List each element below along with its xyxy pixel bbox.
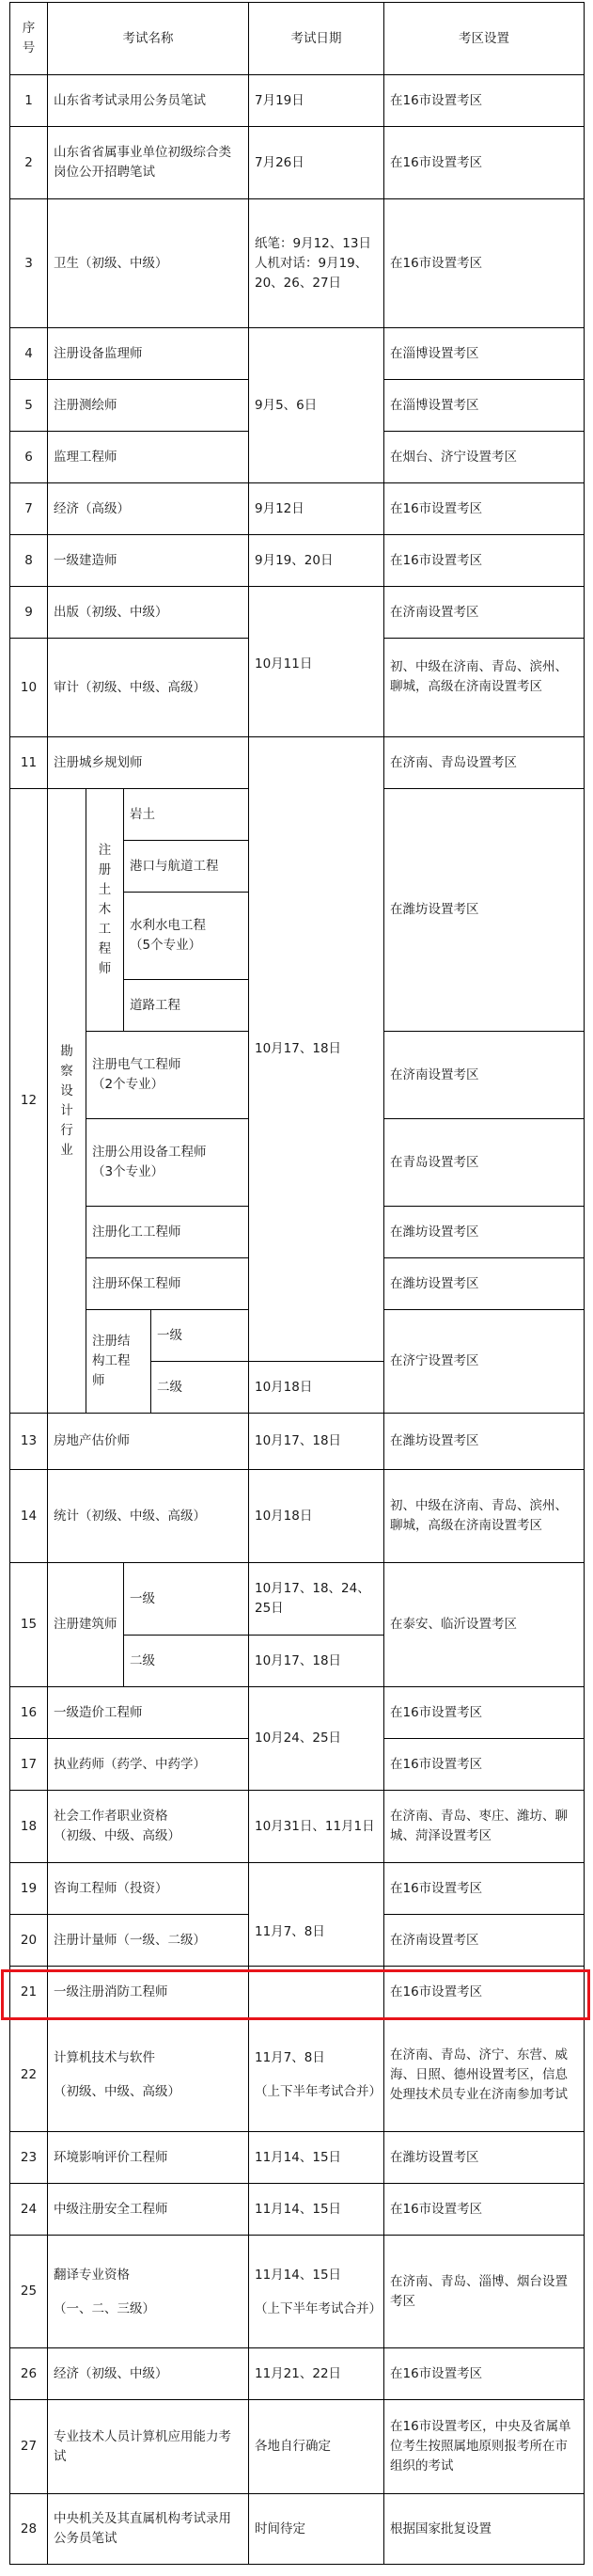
name-text: 咨询工程师（投资） [54,1879,168,1899]
site-text: 在16市设置考区 [390,499,482,519]
site-text: 在潍坊设置考区 [390,1223,479,1242]
structural-level1: 一级 [150,1309,249,1362]
name-text: 房地产估价师 [54,1431,130,1451]
row-15-name: 注册建筑师 [47,1562,124,1687]
name-text: 环境影响评价工程师 [54,2148,168,2168]
date-text: 10月11日 [255,655,312,674]
header-seq: 序 号 [9,2,48,75]
site-text: 在青岛设置考区 [390,1153,479,1173]
seq-text: 12 [21,1091,37,1111]
name-text: 社会工作者职业资格 （初级、中级、高级） [54,1807,180,1846]
row-11-site: 在济南、青岛设置考区 [383,736,585,789]
name-text: 中央机关及其直属机构考试录用公务员笔试 [54,2509,242,2549]
site-text: 在潍坊设置考区 [390,1274,479,1294]
header-site-label: 考区设置 [459,29,509,49]
date-text: 7月19日 [255,91,304,111]
row-2-site: 在16市设置考区 [383,126,585,199]
structural-level2: 二级 [150,1361,249,1414]
row-28-site: 根据国家批复设置 [383,2493,585,2565]
seq-text: 8 [24,551,33,571]
seq-text: 9 [24,603,33,623]
row-16-seq: 16 [9,1686,48,1739]
row-4-site: 在淄博设置考区 [383,327,585,380]
date-text: 11月7、8日 [255,1922,325,1942]
item-text: 岩土 [130,805,155,825]
level-text: 一级 [130,1589,155,1609]
name-text: 注册计量师（一级、二级） [54,1931,206,1951]
name-text: 注册建筑师 [54,1615,117,1635]
level-text: 二级 [130,1651,155,1671]
site-text: 初、中级在济南、青岛、滨州、聊城，高级在济南设置考区 [390,1496,578,1536]
row-21-name: 一级注册消防工程师 [47,1966,249,2018]
row-10-name: 审计（初级、中级、高级） [47,638,249,737]
row-17-seq: 17 [9,1738,48,1791]
name-text: 注册环保工程师 [92,1274,181,1294]
seq-text: 6 [24,448,33,467]
seq-text: 20 [21,1931,37,1951]
site-text: 在济南、青岛设置考区 [390,753,517,773]
row-8-site: 在16市设置考区 [383,534,585,587]
name-text: 山东省考试录用公务员笔试 [54,91,206,111]
seq-text: 17 [21,1755,37,1775]
row-21-site: 在16市设置考区 [383,1966,585,2018]
site-text: 在济南、青岛、枣庄、潍坊、聊城、菏泽设置考区 [390,1807,578,1846]
row-9-seq: 9 [9,586,48,639]
row-27-seq: 27 [9,2399,48,2494]
name-text: 专业技术人员计算机应用能力考试 [54,2427,242,2467]
date-text: 11月14、15日 （上下半年考试合并） [255,2267,378,2317]
site-text: 根据国家批复设置 [390,2520,492,2539]
date-text: 9月5、6日 [255,396,317,416]
name-text: 注册设备监理师 [54,344,143,364]
row-15-level2-date: 10月17、18日 [248,1635,384,1687]
site-text: 在16市设置考区 [390,1703,482,1723]
utility-name: 注册公用设备工程师 （3个专业） [86,1118,249,1207]
row-25-site: 在济南、青岛、淄博、烟台设置考区 [383,2235,585,2348]
row-25-name: 翻译专业资格 （一、二、三级） [47,2235,249,2348]
chemical-site: 在潍坊设置考区 [383,1206,585,1258]
structural-label-text: 注册结构工程师 [92,1332,135,1391]
seq-text: 22 [21,2065,37,2085]
seq-text: 14 [21,1507,37,1526]
exam-schedule-table: 序 号 考试名称 考试日期 考区设置 1 山东省考试录用公务员笔试 7月19日 … [0,0,593,2576]
site-text: 在淄博设置考区 [390,344,479,364]
row-7-date: 9月12日 [248,482,384,535]
row-1-date: 7月19日 [248,74,384,127]
row-2-name: 山东省省属事业单位初级综合类岗位公开招聘笔试 [47,126,249,199]
header-site: 考区设置 [383,2,585,75]
date-text: 11月21、22日 [255,2364,341,2384]
structural-level2-date: 10月18日 [248,1361,384,1414]
site-text: 在济南设置考区 [390,603,479,623]
civil-label-text: 注册土木工程师 [99,841,112,979]
row-4-seq: 4 [9,327,48,380]
name-text: 一级造价工程师 [54,1703,143,1723]
row-1-site: 在16市设置考区 [383,74,585,127]
seq-text: 5 [24,396,33,416]
environmental-site: 在潍坊设置考区 [383,1257,585,1310]
row-18-site: 在济南、青岛、枣庄、潍坊、聊城、菏泽设置考区 [383,1790,585,1863]
civil-engineer-label: 注册土木工程师 [86,788,124,1032]
row-7-site: 在16市设置考区 [383,482,585,535]
seq-text: 13 [21,1431,37,1451]
row-27-site: 在16市设置考区，中央及省属单位考生按照属地原则报考所在市组织的考试 [383,2399,585,2494]
site-text: 在济南、青岛、淄博、烟台设置考区 [390,2272,578,2312]
row-3-date: 纸笔：9月12、13日 人机对话：9月19、20、26、27日 [248,198,384,328]
rows-9-10-date: 10月11日 [248,586,384,737]
row-24-name: 中级注册安全工程师 [47,2183,249,2236]
row-1-seq: 1 [9,74,48,127]
site-text: 初、中级在济南、青岛、滨州、聊城，高级在济南设置考区 [390,657,578,697]
row-24-seq: 24 [9,2183,48,2236]
row-16-site: 在16市设置考区 [383,1686,585,1739]
name-text: 经济（高级） [54,499,130,519]
row-6-seq: 6 [9,431,48,483]
site-text: 在16市设置考区，中央及省属单位考生按照属地原则报考所在市组织的考试 [390,2417,578,2476]
date-text: 11月14、15日 [255,2148,341,2168]
name-text: 监理工程师 [54,448,117,467]
row-23-date: 11月14、15日 [248,2131,384,2184]
row-14-site: 初、中级在济南、青岛、滨州、聊城，高级在济南设置考区 [383,1469,585,1563]
row-26-seq: 26 [9,2347,48,2400]
item-text: 水利水电工程 （5个专业） [130,916,206,956]
structural-site: 在济宁设置考区 [383,1309,585,1414]
row-24-date: 11月14、15日 [248,2183,384,2236]
row-15-site: 在泰安、临沂设置考区 [383,1562,585,1687]
name-text: 中级注册安全工程师 [54,2200,168,2220]
row-18-date: 10月31日、11月1日 [248,1790,384,1863]
row-10-seq: 10 [9,638,48,737]
seq-text: 18 [21,1817,37,1837]
row-12-seq: 12 [9,788,48,1414]
site-text: 在16市设置考区 [390,1755,482,1775]
name-text: 注册化工工程师 [92,1223,181,1242]
row-11-name: 注册城乡规划师 [47,736,249,789]
date-text: 11月14、15日 [255,2200,341,2220]
row-20-site: 在济南设置考区 [383,1914,585,1967]
site-text: 在潍坊设置考区 [390,900,479,920]
seq-text: 11 [21,753,37,773]
seq-text: 10 [21,678,37,698]
row-13-name: 房地产估价师 [47,1413,249,1470]
row-11-seq: 11 [9,736,48,789]
row-6-site: 在烟台、济宁设置考区 [383,431,585,483]
row-16-name: 一级造价工程师 [47,1686,249,1739]
seq-text: 16 [21,1703,37,1723]
row-20-name: 注册计量师（一级、二级） [47,1914,249,1967]
row-26-site: 在16市设置考区 [383,2347,585,2400]
row-23-name: 环境影响评价工程师 [47,2131,249,2184]
structural-label: 注册结构工程师 [86,1309,151,1414]
utility-site: 在青岛设置考区 [383,1118,585,1207]
seq-text: 23 [21,2148,37,2168]
site-text: 在16市设置考区 [390,2364,482,2384]
row-26-name: 经济（初级、中级） [47,2347,249,2400]
row-25-seq: 25 [9,2235,48,2348]
seq-text: 4 [24,344,33,364]
site-text: 在16市设置考区 [390,254,482,274]
row-14-date: 10月18日 [248,1469,384,1563]
date-text: 各地自行确定 [255,2437,331,2457]
chemical-name: 注册化工工程师 [86,1206,249,1258]
site-text: 在16市设置考区 [390,153,482,173]
date-text: 7月26日 [255,153,304,173]
row-8-seq: 8 [9,534,48,587]
row-2-seq: 2 [9,126,48,199]
name-text: 一级建造师 [54,551,117,571]
row-19-name: 咨询工程师（投资） [47,1862,249,1915]
row-24-site: 在16市设置考区 [383,2183,585,2236]
row-27-name: 专业技术人员计算机应用能力考试 [47,2399,249,2494]
environmental-name: 注册环保工程师 [86,1257,249,1310]
header-date-label: 考试日期 [291,29,342,49]
civil-item-hydro: 水利水电工程 （5个专业） [123,892,249,980]
row-5-name: 注册测绘师 [47,379,249,432]
row-3-seq: 3 [9,198,48,328]
date-text: 10月24、25日 [255,1729,341,1748]
row-23-site: 在潍坊设置考区 [383,2131,585,2184]
row-6-name: 监理工程师 [47,431,249,483]
site-text: 在16市设置考区 [390,551,482,571]
row-22-date: 11月7、8日 （上下半年考试合并） [248,2017,384,2132]
row-7-name: 经济（高级） [47,482,249,535]
row-18-name: 社会工作者职业资格 （初级、中级、高级） [47,1790,249,1863]
row-3-name: 卫生（初级、中级） [47,198,249,328]
row-18-seq: 18 [9,1790,48,1863]
seq-text: 15 [21,1615,37,1635]
rows-19-21-date: 11月7、8日 [248,1862,384,1967]
seq-text: 27 [21,2437,37,2457]
row-14-seq: 14 [9,1469,48,1563]
seq-text: 7 [24,499,33,519]
row-13-date: 10月17、18日 [248,1413,384,1470]
date-text: 10月17、18日 [255,1039,341,1059]
row-15-seq: 15 [9,1562,48,1687]
name-text: 执业药师（药学、中药学） [54,1755,206,1775]
site-text: 在济南、青岛、济宁、东营、威海、日照、德州设置考区，信息处理技术员专业在济南参加… [390,2046,578,2105]
site-text: 在16市设置考区 [390,91,482,111]
row-28-seq: 28 [9,2493,48,2565]
name-text: 经济（初级、中级） [54,2364,168,2384]
seq-text: 3 [24,254,33,274]
row-19-site: 在16市设置考区 [383,1862,585,1915]
seq-text: 21 [21,1983,37,2002]
row-8-name: 一级建造师 [47,534,249,587]
seq-text: 2 [24,153,33,173]
site-text: 在16市设置考区 [390,1983,482,2002]
row-8-date: 9月19、20日 [248,534,384,587]
seq-text: 25 [21,2282,37,2301]
row-17-name: 执业药师（药学、中药学） [47,1738,249,1791]
row-15-level1: 一级 [123,1562,249,1636]
date-text: 10月17、18日 [255,1651,341,1671]
seq-text: 24 [21,2200,37,2220]
rows-4-6-date: 9月5、6日 [248,327,384,483]
date-text: 10月17、18日 [255,1431,341,1451]
row-3-site: 在16市设置考区 [383,198,585,328]
row-12-category: 勘察设计行业 [47,788,86,1414]
row-25-date: 11月14、15日 （上下半年考试合并） [248,2235,384,2348]
seq-text: 1 [24,91,33,111]
row-28-name: 中央机关及其直属机构考试录用公务员笔试 [47,2493,249,2565]
rows-16-17-date: 10月24、25日 [248,1686,384,1791]
row-22-seq: 22 [9,2017,48,2132]
row-20-seq: 20 [9,1914,48,1967]
site-text: 在淄博设置考区 [390,396,479,416]
date-text: 10月18日 [255,1507,312,1526]
civil-item-road: 道路工程 [123,979,249,1032]
name-text: 山东省省属事业单位初级综合类岗位公开招聘笔试 [54,143,242,182]
seq-text: 19 [21,1879,37,1899]
name-text: 一级注册消防工程师 [54,1983,168,2002]
civil-site: 在潍坊设置考区 [383,788,585,1032]
name-text: 计算机技术与软件 （初级、中级、高级） [54,2049,180,2100]
level-text: 一级 [157,1326,182,1346]
row-22-name: 计算机技术与软件 （初级、中级、高级） [47,2017,249,2132]
site-text: 在16市设置考区 [390,2200,482,2220]
header-name: 考试名称 [47,2,249,75]
header-name-label: 考试名称 [123,29,174,49]
item-text: 道路工程 [130,996,180,1016]
row-13-seq: 13 [9,1413,48,1470]
rows-11-12-date: 10月17、18日 [248,736,384,1362]
name-text: 统计（初级、中级、高级） [54,1507,206,1526]
row-7-seq: 7 [9,482,48,535]
row-1-name: 山东省考试录用公务员笔试 [47,74,249,127]
date-text: 时间待定 [255,2520,305,2539]
row-19-seq: 19 [9,1862,48,1915]
row-10-site: 初、中级在济南、青岛、滨州、聊城，高级在济南设置考区 [383,638,585,737]
row-28-date: 时间待定 [248,2493,384,2565]
name-text: 出版（初级、中级） [54,603,168,623]
name-text: 翻译专业资格 （一、二、三级） [54,2267,155,2317]
civil-item-port: 港口与航道工程 [123,840,249,893]
name-text: 注册测绘师 [54,396,117,416]
date-text: 10月31日、11月1日 [255,1817,375,1837]
header-seq-label: 序 号 [23,19,36,58]
date-text: 10月17、18、24、25日 [255,1579,378,1619]
row-2-date: 7月26日 [248,126,384,199]
electrical-name: 注册电气工程师 （2个专业） [86,1031,249,1119]
name-text: 注册电气工程师 （2个专业） [92,1055,181,1095]
seq-text: 26 [21,2364,37,2384]
date-text: 9月19、20日 [255,551,333,571]
row-5-site: 在淄博设置考区 [383,379,585,432]
row-15-level1-date: 10月17、18、24、25日 [248,1562,384,1636]
site-text: 在烟台、济宁设置考区 [390,448,517,467]
row-26-date: 11月21、22日 [248,2347,384,2400]
name-text: 注册公用设备工程师 （3个专业） [92,1143,207,1182]
row-21-date [248,1966,384,2018]
site-text: 在济宁设置考区 [390,1351,479,1371]
name-text: 注册城乡规划师 [54,753,143,773]
row-5-seq: 5 [9,379,48,432]
site-text: 在泰安、临沂设置考区 [390,1615,517,1635]
name-text: 卫生（初级、中级） [54,254,168,274]
civil-item-geotech: 岩土 [123,788,249,841]
name-text: 审计（初级、中级、高级） [54,678,206,698]
row-23-seq: 23 [9,2131,48,2184]
row-14-name: 统计（初级、中级、高级） [47,1469,249,1563]
site-text: 在潍坊设置考区 [390,1431,479,1451]
row-21-seq: 21 [9,1966,48,2018]
date-text: 9月12日 [255,499,304,519]
category-text: 勘察设计行业 [60,1042,73,1161]
row-13-site: 在潍坊设置考区 [383,1413,585,1470]
row-27-date: 各地自行确定 [248,2399,384,2494]
level-text: 二级 [157,1378,182,1398]
site-text: 在济南设置考区 [390,1931,479,1951]
electrical-site: 在济南设置考区 [383,1031,585,1119]
date-text: 10月18日 [255,1378,312,1398]
row-9-site: 在济南设置考区 [383,586,585,639]
row-15-level2: 二级 [123,1635,249,1687]
seq-text: 28 [21,2520,37,2539]
item-text: 港口与航道工程 [130,857,219,877]
row-4-name: 注册设备监理师 [47,327,249,380]
row-17-site: 在16市设置考区 [383,1738,585,1791]
row-9-name: 出版（初级、中级） [47,586,249,639]
site-text: 在济南设置考区 [390,1066,479,1085]
site-text: 在16市设置考区 [390,1879,482,1899]
date-text: 11月7、8日 （上下半年考试合并） [255,2049,378,2100]
site-text: 在潍坊设置考区 [390,2148,479,2168]
row-22-site: 在济南、青岛、济宁、东营、威海、日照、德州设置考区，信息处理技术员专业在济南参加… [383,2017,585,2132]
date-text: 纸笔：9月12、13日 人机对话：9月19、20、26、27日 [255,234,378,293]
header-date: 考试日期 [248,2,384,75]
